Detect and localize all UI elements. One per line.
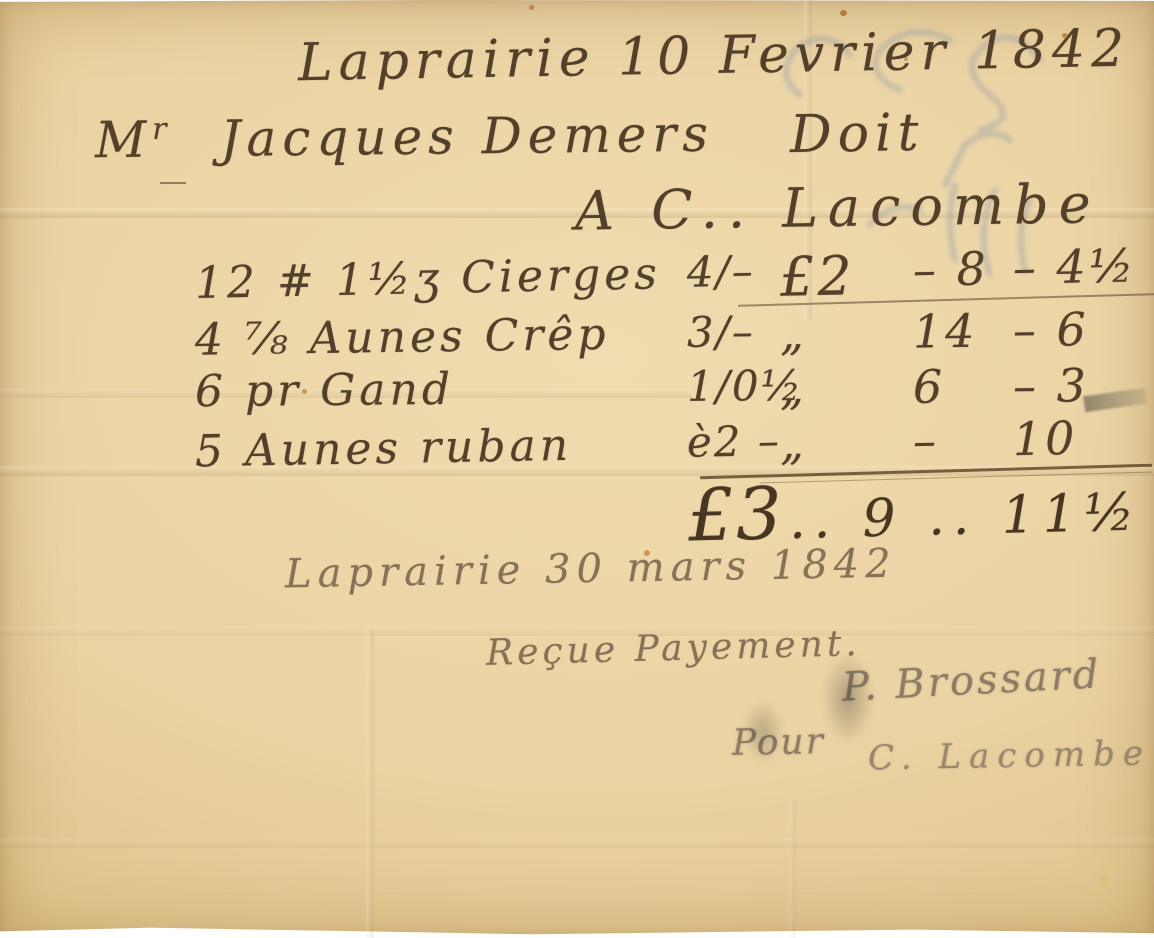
item-amount-pounds: £2 [779,244,855,309]
on-behalf-name: C. Lacombe [868,734,1152,779]
debtor-title-superscript: r [152,112,173,147]
debtor-name: Jacques Demers [220,105,714,168]
item-amount-pounds: „ [780,306,808,360]
item-amount-pence: – 4½ [1012,238,1137,295]
item-amount-pence: 10 [1012,411,1077,466]
debtor-line: Mr Jacques Demers [95,105,714,169]
item-description: 12 # 1½ʒ Cierges [194,248,661,309]
item-description: 5 Aunes ruban [195,420,573,478]
item-amount-pence: – 6 [1013,302,1090,357]
item-amount-shillings: – [912,413,939,467]
doit-label: Doit [789,103,925,165]
item-rate: 3/– [687,307,756,357]
item-amount-shillings: 14 [913,304,978,359]
item-amount-shillings: 6 [913,360,946,414]
item-rate: è2 – [686,416,781,467]
item-description: 4 ⅞ Aunes Crêp [195,309,610,366]
item-amount-pounds: „ [779,416,807,470]
item-amount-pounds: „ [780,361,807,415]
item-amount-pence: – 3 [1013,358,1089,413]
item-amount-shillings: – 8 [912,241,989,297]
item-description: 6 pr Gand [195,364,454,417]
debtor-title: Mr [95,110,173,169]
on-behalf-prefix: Pour [732,721,826,764]
item-rate: 4/– [686,246,755,296]
creditor-line: A C.. Lacombe [575,172,1101,242]
